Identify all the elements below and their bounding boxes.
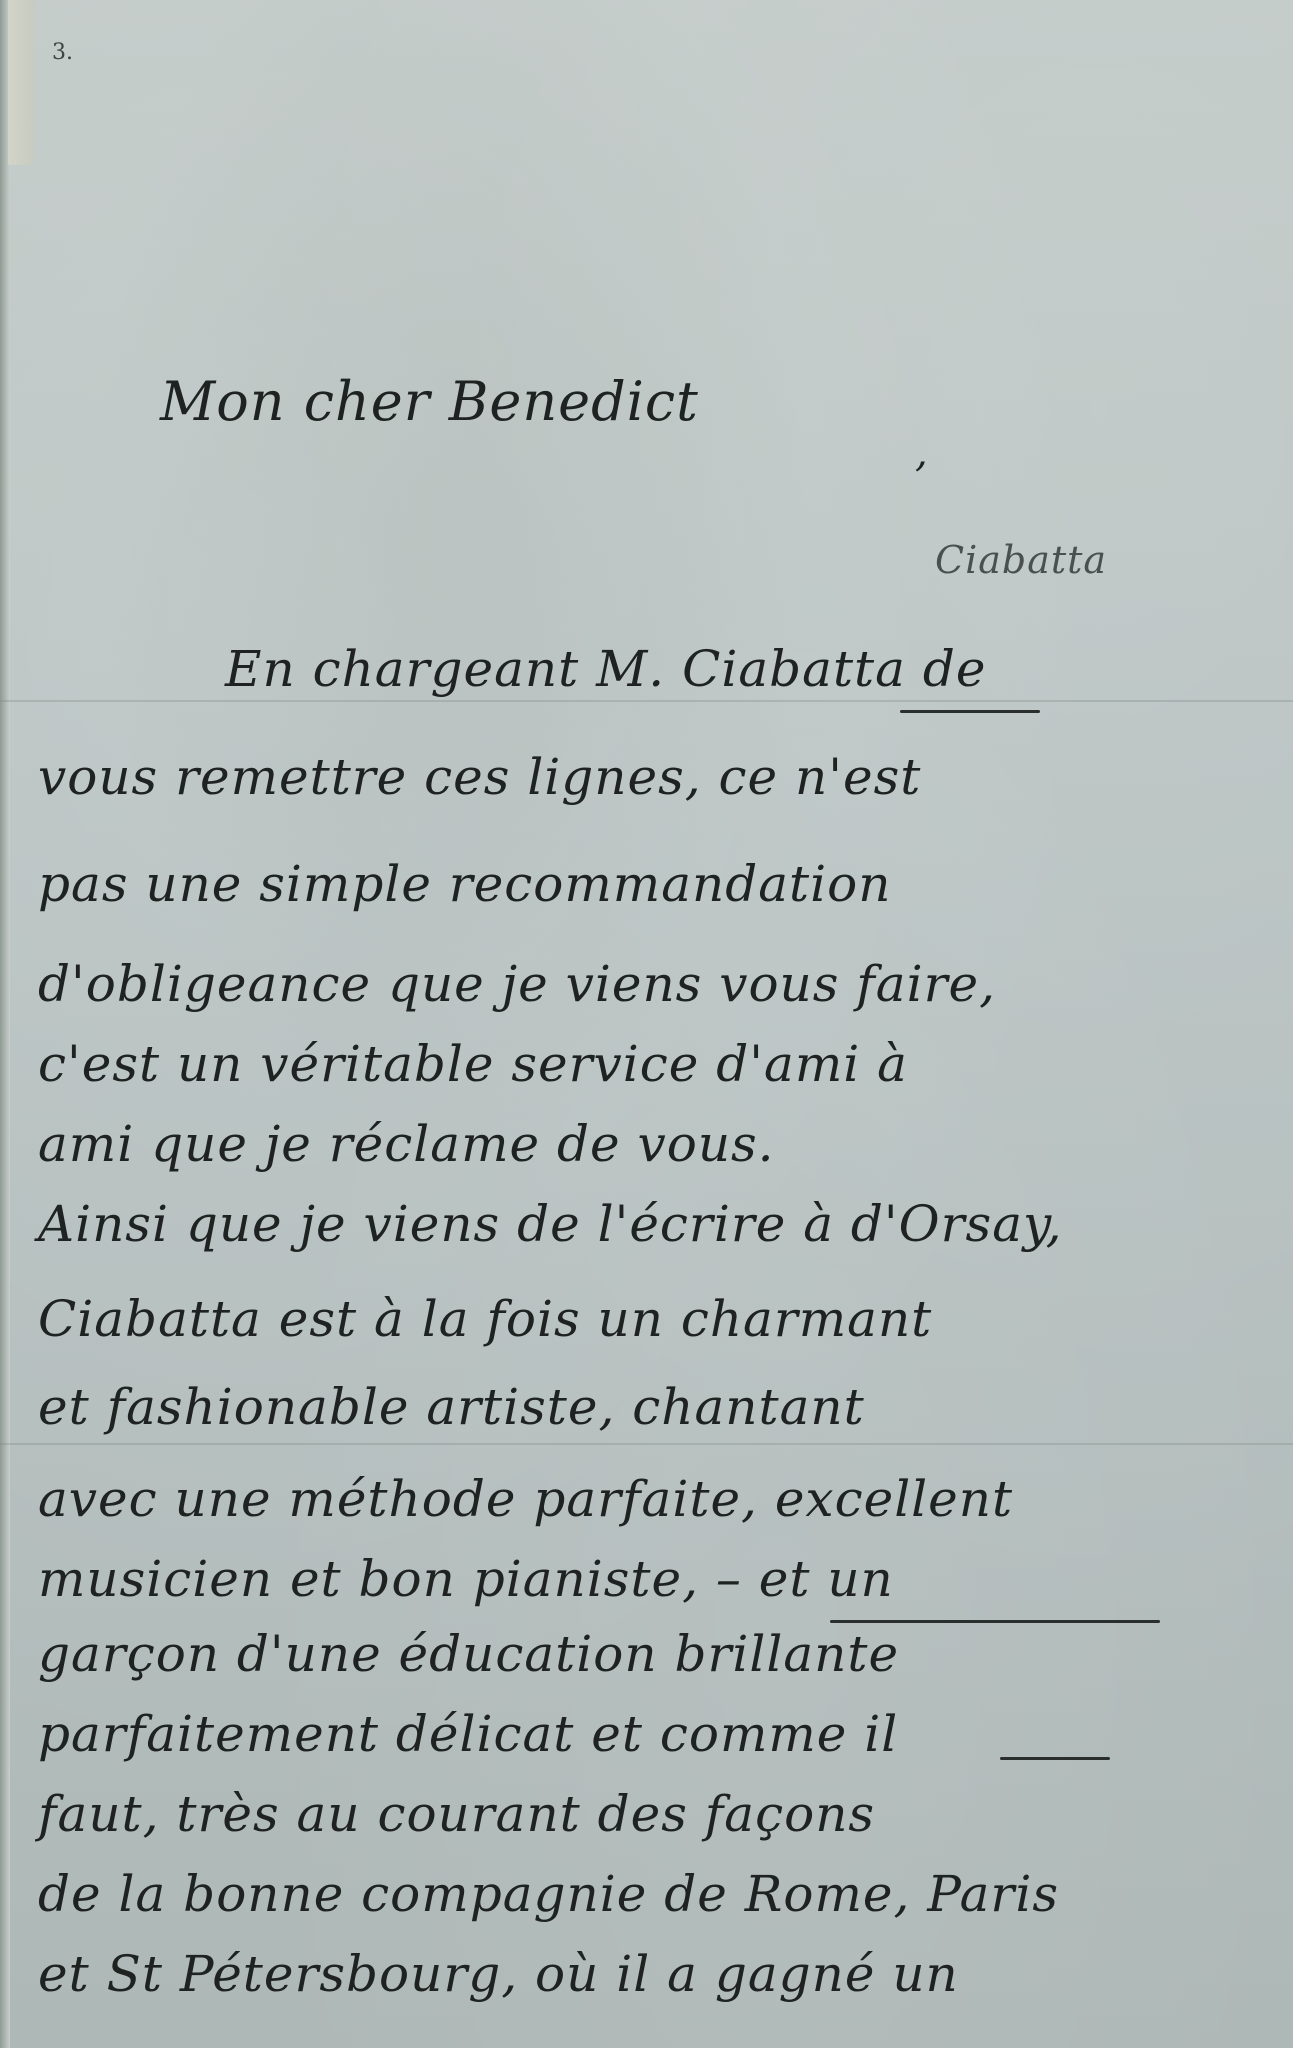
paper-hinge-strip: [8, 0, 34, 165]
letter-line: Ciabatta est à la fois un charmant: [38, 1290, 932, 1348]
marginal-annotation: Ciabatta: [935, 538, 1107, 582]
underline-mark: [830, 1620, 1160, 1623]
letter-line: vous remettre ces lignes, ce n'est: [38, 748, 921, 806]
paper-fold-line: [0, 700, 1293, 702]
letter-line: c'est un véritable service d'ami à: [38, 1035, 908, 1093]
letter-line: de la bonne compagnie de Rome, Paris: [38, 1865, 1059, 1923]
underline-mark: [1000, 1757, 1110, 1760]
letter-line: En chargeant M. Ciabatta de: [225, 640, 986, 698]
folio-number: 3.: [52, 40, 73, 65]
page-binding-edge: [0, 0, 10, 2048]
salutation: Mon cher Benedict: [160, 370, 699, 433]
letter-line: et St Pétersbourg, où il a gagné un: [38, 1945, 959, 2003]
salutation-comma: ,: [915, 430, 929, 476]
letter-line: et fashionable artiste, chantant: [38, 1378, 865, 1436]
letter-line: garçon d'une éducation brillante: [38, 1625, 899, 1683]
letter-line: pas une simple recommandation: [38, 855, 891, 913]
letter-line: Ainsi que je viens de l'écrire à d'Orsay…: [38, 1195, 1063, 1253]
letter-line: avec une méthode parfaite, excellent: [38, 1470, 1013, 1528]
letter-line: d'obligeance que je viens vous faire,: [38, 955, 996, 1013]
letter-line: faut, très au courant des façons: [38, 1785, 875, 1843]
letter-line: parfaitement délicat et comme il: [38, 1705, 898, 1763]
paper-fold-line: [0, 1443, 1293, 1445]
letter-line: musicien et bon pianiste, – et un: [38, 1550, 894, 1608]
letter-line: ami que je réclame de vous.: [38, 1115, 775, 1173]
underline-mark: [900, 710, 1040, 713]
